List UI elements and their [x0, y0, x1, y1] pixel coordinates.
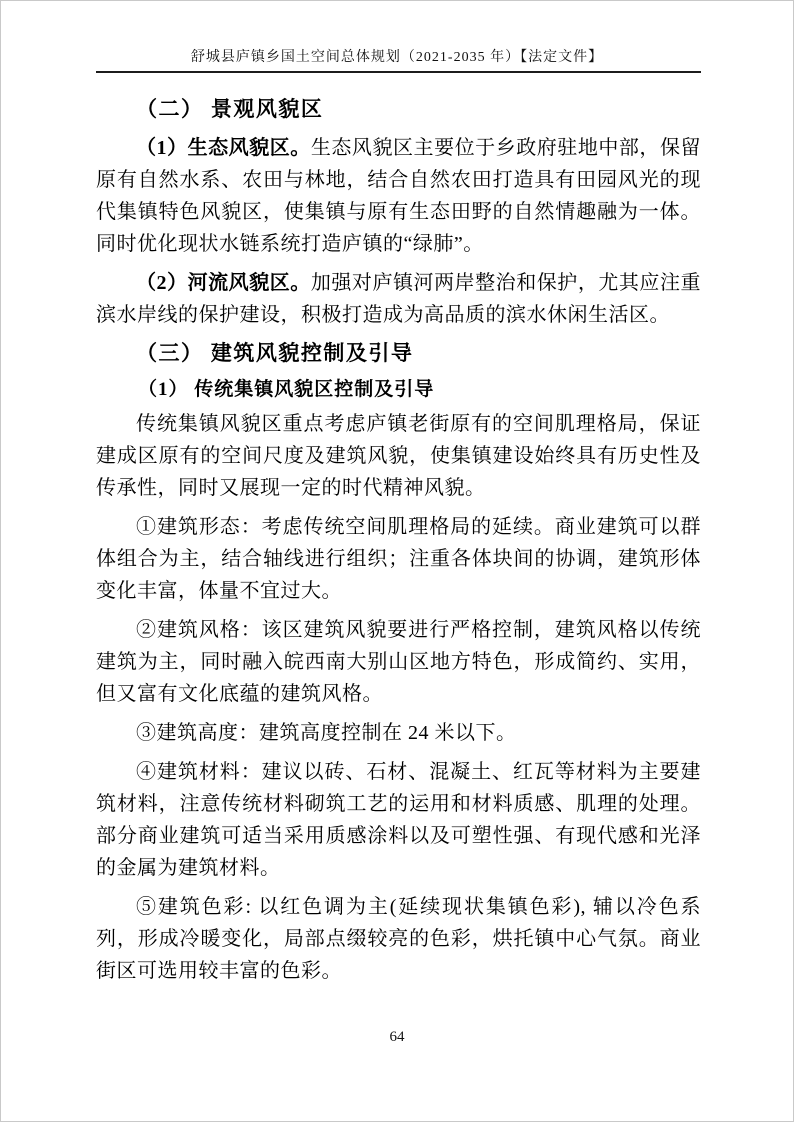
para-river-style-zone-lead: （2）河流风貌区。	[136, 272, 311, 294]
document-page: 舒城县庐镇乡国土空间总体规划（2021-2035 年）【法定文件】 （二） 景观…	[0, 0, 794, 1122]
para-building-height: ③建筑高度：建筑高度控制在 24 米以下。	[96, 717, 701, 749]
document-body: （二） 景观风貌区 （1）生态风貌区。生态风貌区主要位于乡政府驻地中部，保留原有…	[96, 93, 701, 994]
para-ecological-style-zone: （1）生态风貌区。生态风貌区主要位于乡政府驻地中部，保留原有自然水系、农田与林地…	[96, 132, 701, 260]
para-river-style-zone: （2）河流风貌区。加强对庐镇河两岸整治和保护，尤其应注重滨水岸线的保护建设，积极…	[96, 267, 701, 331]
para-building-colors: ⑤建筑色彩: 以红色调为主(延续现状集镇色彩), 辅以冷色系列，形成冷暖变化，局…	[96, 891, 701, 987]
para-building-materials: ④建筑材料：建议以砖、石材、混凝土、红瓦等材料为主要建筑材料，注意传统材料砌筑工…	[96, 756, 701, 884]
para-ecological-style-zone-lead: （1）生态风貌区。	[136, 137, 311, 159]
para-building-style: ②建筑风格：该区建筑风貌要进行严格控制，建筑风格以传统建筑为主，同时融入皖西南大…	[96, 614, 701, 710]
header-rule	[96, 71, 701, 73]
header-title: 舒城县庐镇乡国土空间总体规划（2021-2035 年）【法定文件】	[1, 46, 793, 66]
para-building-form: ①建筑形态：考虑传统空间肌理格局的延续。商业建筑可以群体组合为主，结合轴线进行组…	[96, 511, 701, 607]
section-heading-landscape-zones: （二） 景观风貌区	[96, 95, 701, 125]
subsection-heading-traditional-town: （1） 传统集镇风貌区控制及引导	[96, 376, 701, 404]
para-traditional-town-overview: 传统集镇风貌区重点考虑庐镇老街原有的空间肌理格局，保证建成区原有的空间尺度及建筑…	[96, 408, 701, 504]
page-number: 64	[1, 1029, 793, 1046]
section-heading-building-style-control: （三） 建筑风貌控制及引导	[96, 339, 701, 369]
